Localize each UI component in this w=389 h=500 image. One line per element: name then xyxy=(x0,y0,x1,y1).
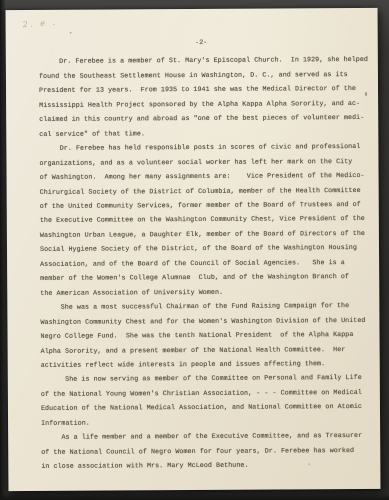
typed-text-block: -2- Dr. Ferebee is a member of St. Mary'… xyxy=(6,8,381,475)
text-line: claimed in this country and abroad as "o… xyxy=(39,111,364,127)
text-line: She was a most successful Chairman of th… xyxy=(40,299,365,315)
paper-speck xyxy=(365,92,367,96)
paper-speck xyxy=(308,463,310,465)
text-line: of Washington. Among her many assignment… xyxy=(40,169,365,185)
text-line: Dr. Ferebee has held responsible posts i… xyxy=(39,140,364,156)
text-line: of the National Council of Negro Women f… xyxy=(41,444,366,460)
document-page: 2. e . -2- Dr. Ferebee is a member of St… xyxy=(6,8,381,491)
text-line: As a life member and a member of the Exe… xyxy=(41,429,366,445)
page-number: -2- xyxy=(39,35,364,51)
text-line: member of the Women's College Alumnae Cl… xyxy=(40,270,365,286)
text-line: Negro College Fund. She was the tenth Na… xyxy=(40,328,365,344)
text-line: in close association with Mrs. Mary McLe… xyxy=(41,458,366,474)
text-line: Education of the National Medical Associ… xyxy=(41,400,366,416)
scan-edge-shadow-bottom xyxy=(0,493,389,500)
scanner-background: 2. e . -2- Dr. Ferebee is a member of St… xyxy=(0,0,389,500)
paper-speck xyxy=(70,32,72,34)
